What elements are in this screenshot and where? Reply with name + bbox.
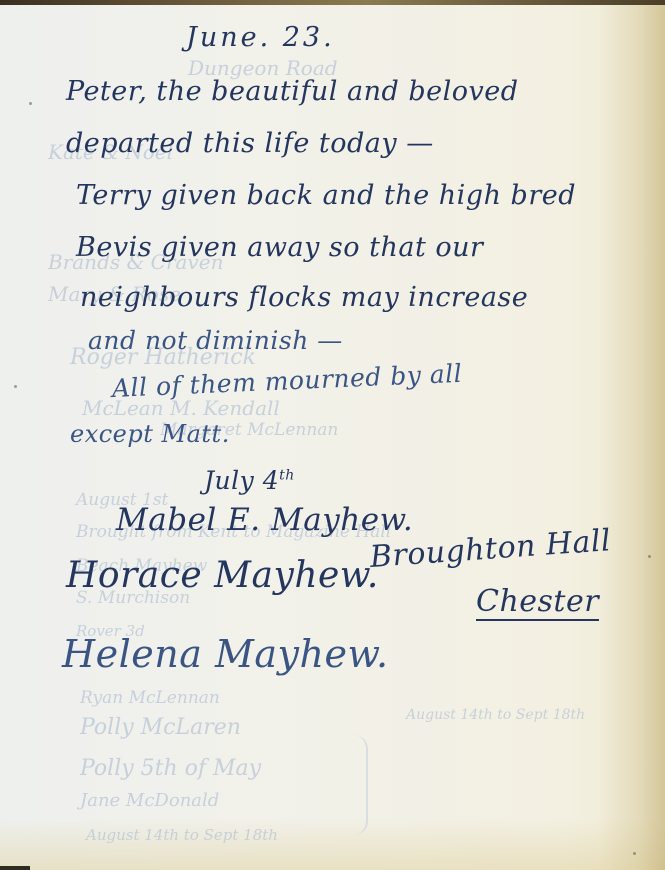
- bleed-text: Polly 5th of May: [80, 756, 261, 781]
- bleed-text: August 14th to Sept 18th: [86, 826, 278, 844]
- signature-horace: Horace Mayhew.: [66, 555, 379, 596]
- address-line-2: Chester: [476, 584, 599, 619]
- bleed-text: Ryan McLennan: [80, 688, 220, 708]
- entry-line: neighbours flocks may increase: [80, 282, 528, 313]
- bleed-text: Polly McLaren: [80, 715, 241, 740]
- paper-speck: [29, 102, 32, 105]
- entry-line: except Matt.: [70, 420, 230, 448]
- page-top-edge: [0, 0, 665, 5]
- signature-date-suffix: th: [279, 468, 295, 484]
- page-bottom-corner: [0, 866, 30, 870]
- signature-helena: Helena Mayhew.: [62, 632, 389, 676]
- entry-line: Bevis given away so that our: [76, 232, 483, 263]
- manuscript-page: Dungeon Road Kate & Noel Brands & Craven…: [0, 0, 665, 870]
- bleed-brace: [352, 735, 368, 835]
- signature-date-text: July 4: [204, 466, 279, 495]
- bleed-text-dates: August 14th to Sept 18th: [406, 707, 585, 723]
- entry-line: departed this life today —: [66, 128, 434, 159]
- entry-line: Terry given back and the high bred: [76, 180, 576, 211]
- paper-speck: [648, 555, 651, 558]
- entry-line: and not diminish —: [88, 326, 343, 355]
- paper-speck: [633, 852, 636, 855]
- entry-line: Peter, the beautiful and beloved: [66, 76, 519, 107]
- signature-mabel: Mabel E. Mayhew.: [116, 502, 413, 538]
- date-heading: June. 23.: [186, 22, 335, 53]
- signature-date: July 4th: [204, 466, 295, 495]
- paper-speck: [14, 385, 17, 388]
- address-chester: Chester: [476, 584, 599, 621]
- bleed-text: Jane McDonald: [80, 790, 219, 811]
